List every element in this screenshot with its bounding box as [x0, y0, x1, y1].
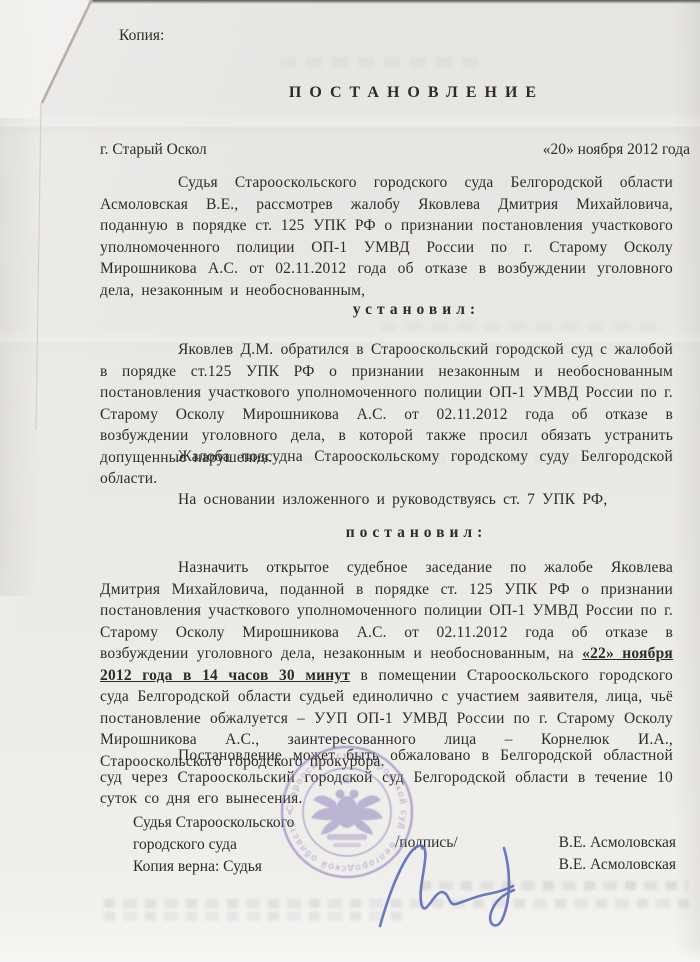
judge-names: В.Е. Асмоловская В.Е. Асмоловская	[559, 832, 676, 876]
bleedthrough-smudge	[280, 57, 480, 67]
signatory-title-line-1: Судья Старооскольского	[133, 812, 294, 834]
signatory-title-lines: Судья Старооскольского городского суда К…	[133, 812, 294, 878]
preamble-paragraph: Судья Старооскольского городского суда Б…	[100, 172, 673, 301]
scanned-court-document: Копия: ПОСТАНОВЛЕНИЕ г. Старый Оскол «20…	[0, 0, 700, 962]
preamble-block: Судья Старооскольского городского суда Б…	[100, 172, 673, 301]
copy-label: Копия:	[119, 27, 164, 45]
document-title: ПОСТАНОВЛЕНИЕ	[100, 84, 673, 102]
place-date-row: г. Старый Оскол «20» ноября 2012 года	[100, 141, 690, 159]
section-heading-postanovil: постановил:	[100, 524, 673, 542]
bleedthrough-smudge	[300, 455, 640, 464]
resolution-block: Назначить открытое судебное заседание по…	[100, 557, 673, 772]
bleedthrough-smudge	[380, 322, 660, 331]
document-date: «20» ноября 2012 года	[543, 141, 690, 159]
judge-name-2: В.Е. Асмоловская	[559, 854, 676, 876]
ustanovil-paragraph-2-block: Жалоба подсудна Старооскольскому городск…	[100, 446, 673, 489]
ustanovil-paragraph-2: Жалоба подсудна Старооскольскому городск…	[100, 446, 673, 489]
ustanovil-paragraph-3-block: На основании изложенного и руководствуяс…	[100, 489, 673, 511]
scan-top-edge	[88, 0, 700, 4]
document-place: г. Старый Оскол	[100, 141, 207, 159]
section-heading-ustanovil: установил:	[100, 301, 673, 319]
bleedthrough-text-line	[420, 881, 688, 890]
scan-bottom-edge	[0, 946, 700, 962]
bleedthrough-text-line	[104, 899, 694, 908]
ustanovil-paragraph-3: На основании изложенного и руководствуяс…	[100, 489, 673, 511]
resolution-paragraph: Назначить открытое судебное заседание по…	[100, 557, 673, 772]
signatory-title-line-2: городского суда	[133, 834, 294, 856]
bleedthrough-text-line	[104, 912, 404, 921]
copy-certified-line: Копия верна: Судья	[133, 856, 294, 878]
judge-name-1: В.Е. Асмоловская	[559, 832, 676, 854]
